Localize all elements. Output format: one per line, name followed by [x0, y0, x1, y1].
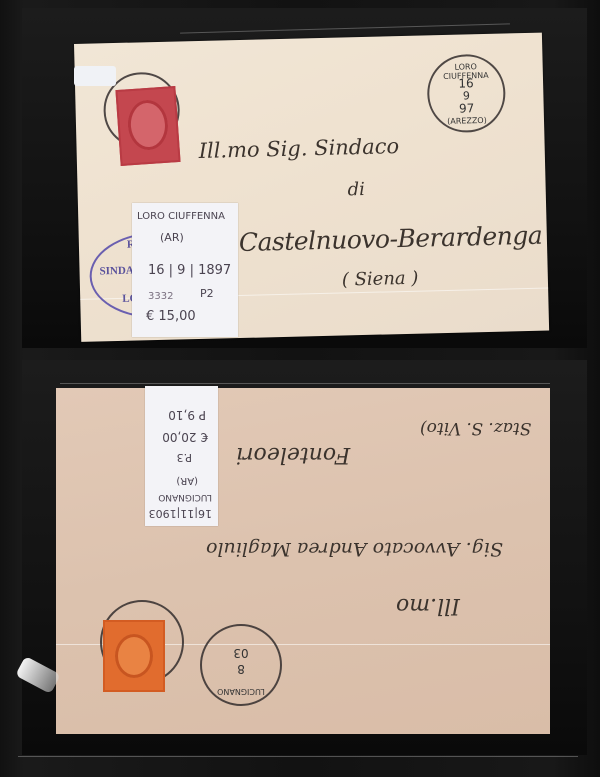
hinge-tag	[74, 66, 116, 86]
album-page: LORO CIUFFENNA 16 9 97 (AREZZO) Ill.mo S…	[0, 0, 600, 777]
label-price: € 15,00	[146, 309, 196, 324]
label-province: (AR)	[160, 231, 184, 244]
strip-edge	[60, 383, 550, 384]
stamp-orange	[103, 620, 165, 692]
label-price: € 20,00	[162, 430, 208, 444]
address-line-1: Ill.mo	[396, 593, 460, 618]
label-points: P2	[200, 287, 214, 300]
postmark-day: 8	[202, 662, 280, 676]
stamp-umberto-red	[115, 86, 180, 166]
label-catalog-no: 3332	[148, 291, 173, 302]
label-date: 16 | 9 | 1897	[148, 263, 231, 278]
label-rotated-content: 16|11|1903 LUCIGNANO (AR) P.3 € 20,00 P …	[145, 386, 218, 526]
label-extra: P 9,10	[168, 408, 206, 422]
postmark-town: LUCIGNANO	[206, 687, 276, 696]
postmark-loro-ciuffenna: LORO CIUFFENNA 16 9 97 (AREZZO)	[426, 53, 506, 133]
label-town: LUCIGNANO	[158, 492, 212, 502]
address-line-4: Staz. S. Vito)	[420, 418, 531, 438]
label-points: P.3	[177, 451, 192, 464]
address-line-3: Fonteleori	[236, 442, 350, 467]
dealer-label-1: LORO CIUFFENNA (AR) 16 | 9 | 1897 3332 P…	[132, 203, 238, 337]
postmark-year: 03	[202, 646, 280, 660]
strip-edge	[18, 756, 578, 757]
label-town: LORO CIUFFENNA	[137, 211, 225, 222]
postmark-year: 97	[430, 101, 504, 117]
postmark-province: (AREZZO)	[430, 116, 504, 127]
address-line-4: ( Siena )	[342, 268, 419, 291]
postmark-lucignano: LUCIGNANO 8 03	[200, 624, 282, 706]
address-line-3: Castelnuovo-Berardenga	[239, 221, 543, 257]
address-line-1: Ill.mo Sig. Sindaco	[198, 134, 399, 163]
dealer-label-2: 16|11|1903 LUCIGNANO (AR) P.3 € 20,00 P …	[145, 386, 218, 526]
label-province: (AR)	[176, 475, 198, 486]
label-date: 16|11|1903	[149, 507, 212, 520]
address-line-2: Sig. Avvocato Andrea Magliulo	[206, 538, 503, 560]
address-line-2: di	[347, 179, 365, 200]
